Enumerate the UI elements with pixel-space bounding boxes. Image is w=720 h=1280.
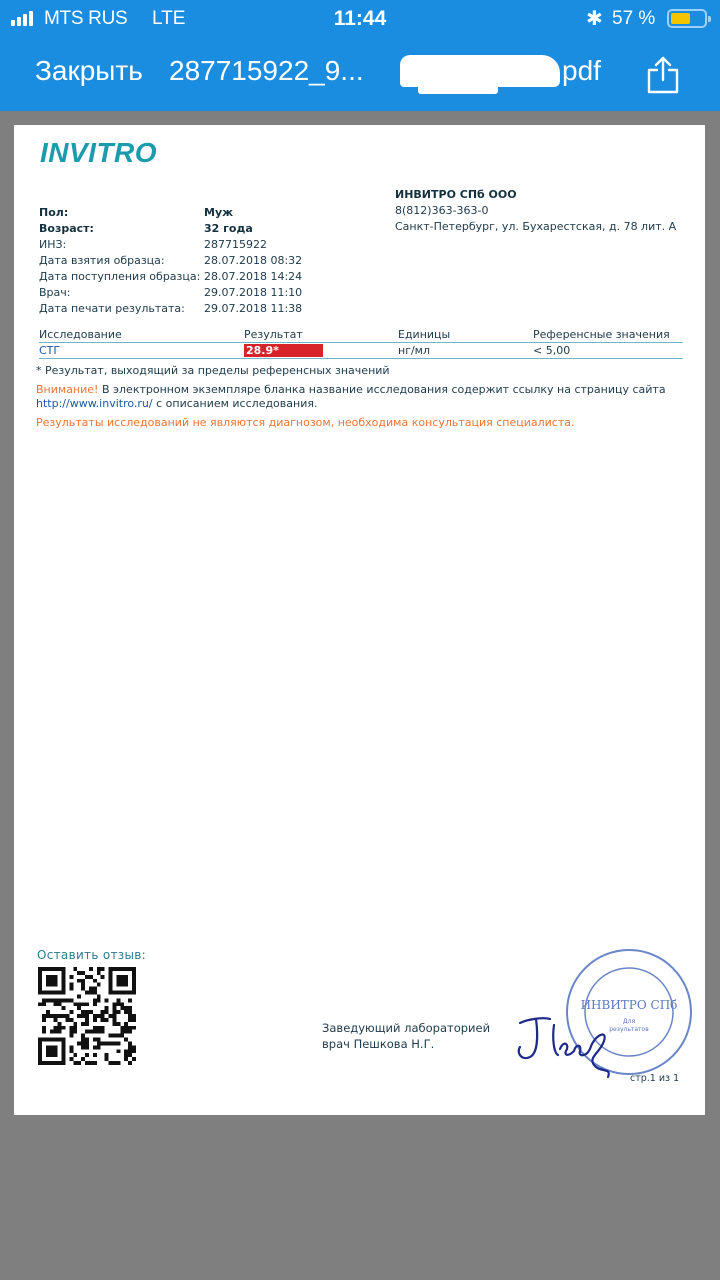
lab-info: ИНВИТРО СПб ООО 8(812)363-363-0 Санкт-Пе… (395, 187, 676, 235)
patient-info-row: Дата печати результата:29.07.2018 11:38 (39, 301, 302, 317)
info-value: 29.07.2018 11:10 (204, 285, 302, 301)
warning-text: Внимание! В электронном экземпляре бланк… (36, 383, 666, 411)
bluetooth-icon: ✱ (586, 6, 603, 31)
battery-percent: 57 % (612, 8, 655, 30)
info-label: Дата поступления образца: (39, 269, 204, 285)
patient-info-row: Дата взятия образца:28.07.2018 08:32 (39, 253, 302, 269)
column-header: Референсные значения (533, 328, 683, 341)
results-table: Исследование Результат Единицы Референсн… (39, 326, 683, 359)
page-number: стр.1 из 1 (630, 1073, 679, 1084)
patient-info-row: Дата поступления образца:28.07.2018 14:2… (39, 269, 302, 285)
signatory-title: Заведующий лабораторией (322, 1020, 490, 1036)
invitro-link[interactable]: http://www.invitro.ru/ (36, 397, 153, 410)
result-value: 28.9* (244, 344, 323, 357)
top-bar: MTS RUS LTE 11:44 ✱ 57 % Закрыть 2877159… (0, 0, 720, 111)
info-value: 29.07.2018 11:38 (204, 301, 302, 317)
patient-info-row: Пол:Муж (39, 205, 302, 221)
info-label: Пол: (39, 205, 204, 221)
info-label: Дата печати результата: (39, 301, 204, 317)
invitro-logo: INVITRO (40, 137, 157, 169)
warning-body: В электронном экземпляре бланка название… (98, 383, 665, 396)
navigation-bar: Закрыть 287715922_9... pdf (0, 50, 720, 100)
column-header: Результат (244, 328, 398, 341)
info-label: Врач: (39, 285, 204, 301)
info-value: 287715922 (204, 237, 267, 253)
patient-info: Пол:МужВозраст:32 годаИНЗ:287715922Дата … (39, 205, 302, 317)
info-label: Возраст: (39, 221, 204, 237)
info-value: 32 года (204, 221, 253, 237)
svg-text:Для: Для (623, 1018, 636, 1025)
units: нг/мл (398, 344, 533, 357)
redaction-mark (418, 80, 498, 94)
signatory: Заведующий лабораторией врач Пешкова Н.Г… (322, 1020, 490, 1052)
patient-info-row: ИНЗ:287715922 (39, 237, 302, 253)
warning-prefix: Внимание! (36, 383, 98, 396)
lab-address: Санкт-Петербург, ул. Бухарестская, д. 78… (395, 219, 676, 235)
close-button[interactable]: Закрыть (35, 55, 143, 87)
signatory-name: врач Пешкова Н.Г. (322, 1036, 490, 1052)
info-label: Дата взятия образца: (39, 253, 204, 269)
lab-name: ИНВИТРО СПб ООО (395, 187, 676, 203)
table-row: СТГ 28.9* нг/мл < 5,00 (39, 342, 683, 359)
signature (508, 1005, 618, 1085)
lab-phone: 8(812)363-363-0 (395, 203, 676, 219)
battery-icon (667, 9, 707, 28)
qr-code[interactable] (38, 967, 136, 1065)
disclaimer: Результаты исследований не являются диаг… (36, 416, 575, 429)
column-header: Исследование (39, 328, 244, 341)
column-header: Единицы (398, 328, 533, 341)
feedback-label: Оставить отзыв: (37, 948, 146, 962)
document-extension: pdf (562, 55, 601, 87)
patient-info-row: Возраст:32 года (39, 221, 302, 237)
info-value: 28.07.2018 14:24 (204, 269, 302, 285)
study-link[interactable]: СТГ (39, 344, 244, 357)
info-value: 28.07.2018 08:32 (204, 253, 302, 269)
pdf-page: INVITRO Пол:МужВозраст:32 годаИНЗ:287715… (14, 125, 705, 1115)
status-bar: MTS RUS LTE 11:44 ✱ 57 % (0, 0, 720, 38)
patient-info-row: Врач:29.07.2018 11:10 (39, 285, 302, 301)
document-title: 287715922_9... (169, 55, 364, 87)
share-icon[interactable] (646, 56, 680, 94)
info-value: Муж (204, 205, 233, 221)
info-label: ИНЗ: (39, 237, 204, 253)
warning-suffix: с описанием исследования. (153, 397, 318, 410)
out-of-range-note: * Результат, выходящий за пределы рефере… (36, 364, 390, 377)
reference-range: < 5,00 (533, 344, 683, 357)
table-header: Исследование Результат Единицы Референсн… (39, 326, 683, 342)
